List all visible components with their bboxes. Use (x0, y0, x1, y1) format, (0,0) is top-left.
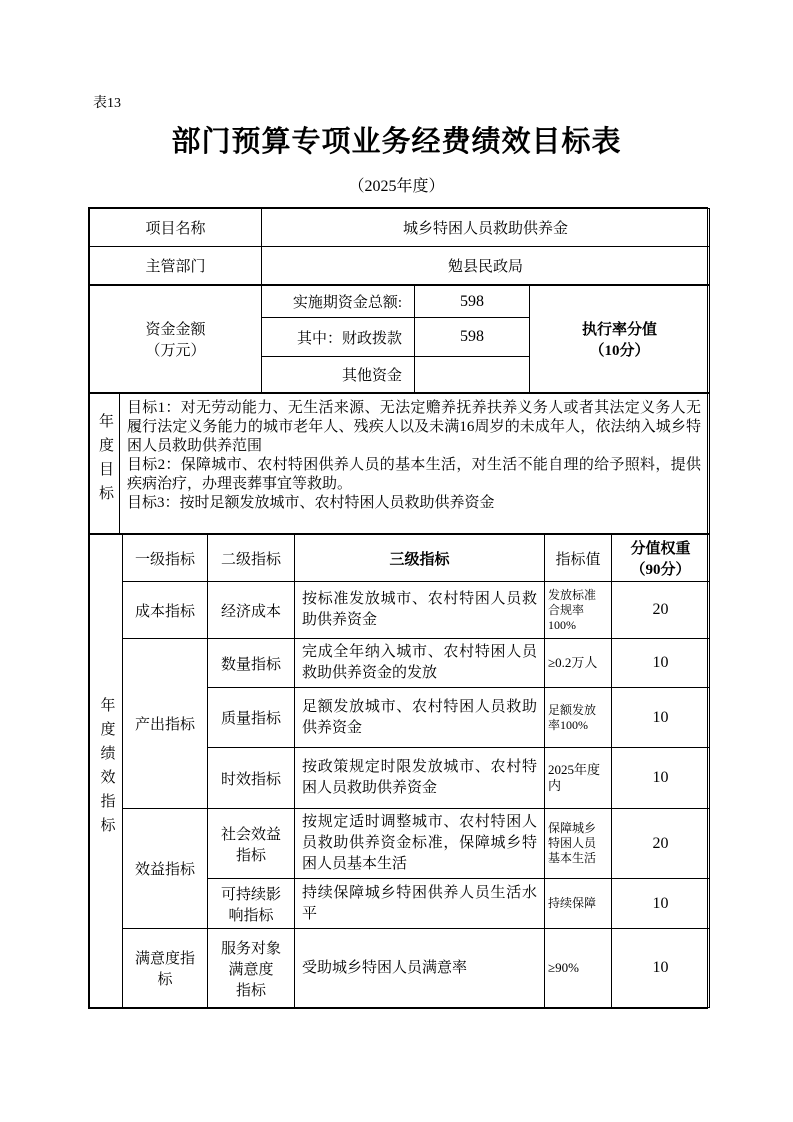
level1-cell: 效益指标 (123, 809, 208, 929)
annual-goals-side-label: 年度目标 (97, 413, 112, 509)
annual-goals-side-label-cell: 年度目标 (90, 394, 120, 534)
indicator-value-cell: 保障城乡 特困人员 基本生活 (545, 809, 612, 879)
indicator-value-cell: ≥90% (545, 929, 612, 1008)
score-cell: 10 (612, 879, 710, 929)
funding-other-label: 其他资金 (262, 357, 415, 393)
indicator-value-cell: ≥0.2万人 (545, 639, 612, 688)
indicator-row: 产出指标 数量指标 完成全年纳入城市、农村特困人员救助供养资金的发放 ≥0.2万… (90, 639, 710, 688)
indicator-value-cell: 发放标准 合规率 100% (545, 582, 612, 639)
level3-cell: 足额发放城市、农村特困人员救助供养资金 (295, 688, 545, 748)
level2-cell: 服务对象 满意度 指标 (208, 929, 295, 1008)
level2-cell: 社会效益 指标 (208, 809, 295, 879)
level1-cell: 满意度指 标 (123, 929, 208, 1008)
goal-item: 目标1：对无劳动能力、无生活来源、无法定赡养抚养扶养义务人或者其法定义务人无履行… (127, 399, 701, 456)
header-level1: 一级指标 (123, 535, 208, 582)
header-level3: 三级指标 (295, 535, 545, 582)
indicators-header-row: 年度绩效指标 一级指标 二级指标 三级指标 指标值 分值权重 （90分） (90, 535, 710, 582)
level3-cell: 按标准发放城市、农村特困人员救助供养资金 (295, 582, 545, 639)
funding-amount-label: 资金金额 （万元） (90, 286, 262, 393)
doc-subtitle: （2025年度） (0, 173, 793, 196)
level2-cell: 时效指标 (208, 748, 295, 809)
info-table: 项目名称 城乡特困人员救助供养金 主管部门 勉县民政局 (89, 208, 710, 285)
indicator-value-cell: 2025年度 内 (545, 748, 612, 809)
funding-fiscal-label: 其中：财政拨款 (262, 318, 415, 357)
goals-table: 年度目标 目标1：对无劳动能力、无生活来源、无法定赡养抚养扶养义务人或者其法定义… (89, 393, 710, 534)
department-row: 主管部门 勉县民政局 (90, 247, 710, 285)
funding-table: 资金金额 （万元） 实施期资金总额: 598 执行率分值 （10分） 其中：财政… (89, 285, 710, 393)
level2-cell: 数量指标 (208, 639, 295, 688)
table-number: 表13 (93, 92, 121, 112)
funding-fiscal-value: 598 (415, 318, 530, 357)
score-cell: 10 (612, 639, 710, 688)
goal-item: 目标3：按时足额发放城市、农村特困人员救助供养资金 (127, 494, 701, 513)
level2-cell: 经济成本 (208, 582, 295, 639)
project-name-value: 城乡特困人员救助供养金 (262, 209, 710, 247)
indicators-side-label-cell: 年度绩效指标 (90, 535, 123, 1008)
level2-cell: 可持续影 响指标 (208, 879, 295, 929)
annual-goals-row: 年度目标 目标1：对无劳动能力、无生活来源、无法定赡养抚养扶养义务人或者其法定义… (90, 394, 710, 534)
indicator-row: 成本指标 经济成本 按标准发放城市、农村特困人员救助供养资金 发放标准 合规率 … (90, 582, 710, 639)
main-table: 项目名称 城乡特困人员救助供养金 主管部门 勉县民政局 资金金额 （万元） 实施… (88, 207, 708, 1009)
funding-other-value (415, 357, 530, 393)
score-cell: 20 (612, 582, 710, 639)
level3-cell: 完成全年纳入城市、农村特困人员救助供养资金的发放 (295, 639, 545, 688)
goal-item: 目标2：保障城市、农村特困供养人员的基本生活，对生活不能自理的给予照料，提供疾病… (127, 456, 701, 494)
funding-total-label: 实施期资金总额: (262, 286, 415, 318)
level1-cell: 成本指标 (123, 582, 208, 639)
department-value: 勉县民政局 (262, 247, 710, 285)
project-name-label: 项目名称 (90, 209, 262, 247)
indicator-value-cell: 持续保障 (545, 879, 612, 929)
doc-title: 部门预算专项业务经费绩效目标表 (0, 119, 793, 160)
level1-cell: 产出指标 (123, 639, 208, 809)
execution-rate-score-label: 执行率分值 （10分） (530, 286, 710, 393)
indicators-side-label: 年度绩效指标 (99, 697, 114, 841)
indicators-table: 年度绩效指标 一级指标 二级指标 三级指标 指标值 分值权重 （90分） 成本指… (89, 534, 710, 1008)
score-cell: 10 (612, 688, 710, 748)
funding-total-value: 598 (415, 286, 530, 318)
level3-cell: 按规定适时调整城市、农村特困人员救助供养资金标准，保障城乡特困人员基本生活 (295, 809, 545, 879)
level2-cell: 质量指标 (208, 688, 295, 748)
header-score: 分值权重 （90分） (612, 535, 710, 582)
level3-cell: 按政策规定时限发放城市、农村特困人员救助供养资金 (295, 748, 545, 809)
project-name-row: 项目名称 城乡特困人员救助供养金 (90, 209, 710, 247)
funding-row: 资金金额 （万元） 实施期资金总额: 598 执行率分值 （10分） (90, 286, 710, 318)
indicator-row: 效益指标 社会效益 指标 按规定适时调整城市、农村特困人员救助供养资金标准，保障… (90, 809, 710, 879)
score-cell: 20 (612, 809, 710, 879)
level3-cell: 持续保障城乡特困供养人员生活水平 (295, 879, 545, 929)
indicator-value-cell: 足额发放 率100% (545, 688, 612, 748)
department-label: 主管部门 (90, 247, 262, 285)
annual-goals-text-cell: 目标1：对无劳动能力、无生活来源、无法定赡养抚养扶养义务人或者其法定义务人无履行… (120, 394, 710, 534)
score-cell: 10 (612, 748, 710, 809)
document-page: 表13 部门预算专项业务经费绩效目标表 （2025年度） 项目名称 城乡特困人员… (0, 0, 793, 1122)
score-cell: 10 (612, 929, 710, 1008)
indicator-row: 满意度指 标 服务对象 满意度 指标 受助城乡特困人员满意率 ≥90% 10 (90, 929, 710, 1008)
header-level2: 二级指标 (208, 535, 295, 582)
level3-cell: 受助城乡特困人员满意率 (295, 929, 545, 1008)
header-value: 指标值 (545, 535, 612, 582)
